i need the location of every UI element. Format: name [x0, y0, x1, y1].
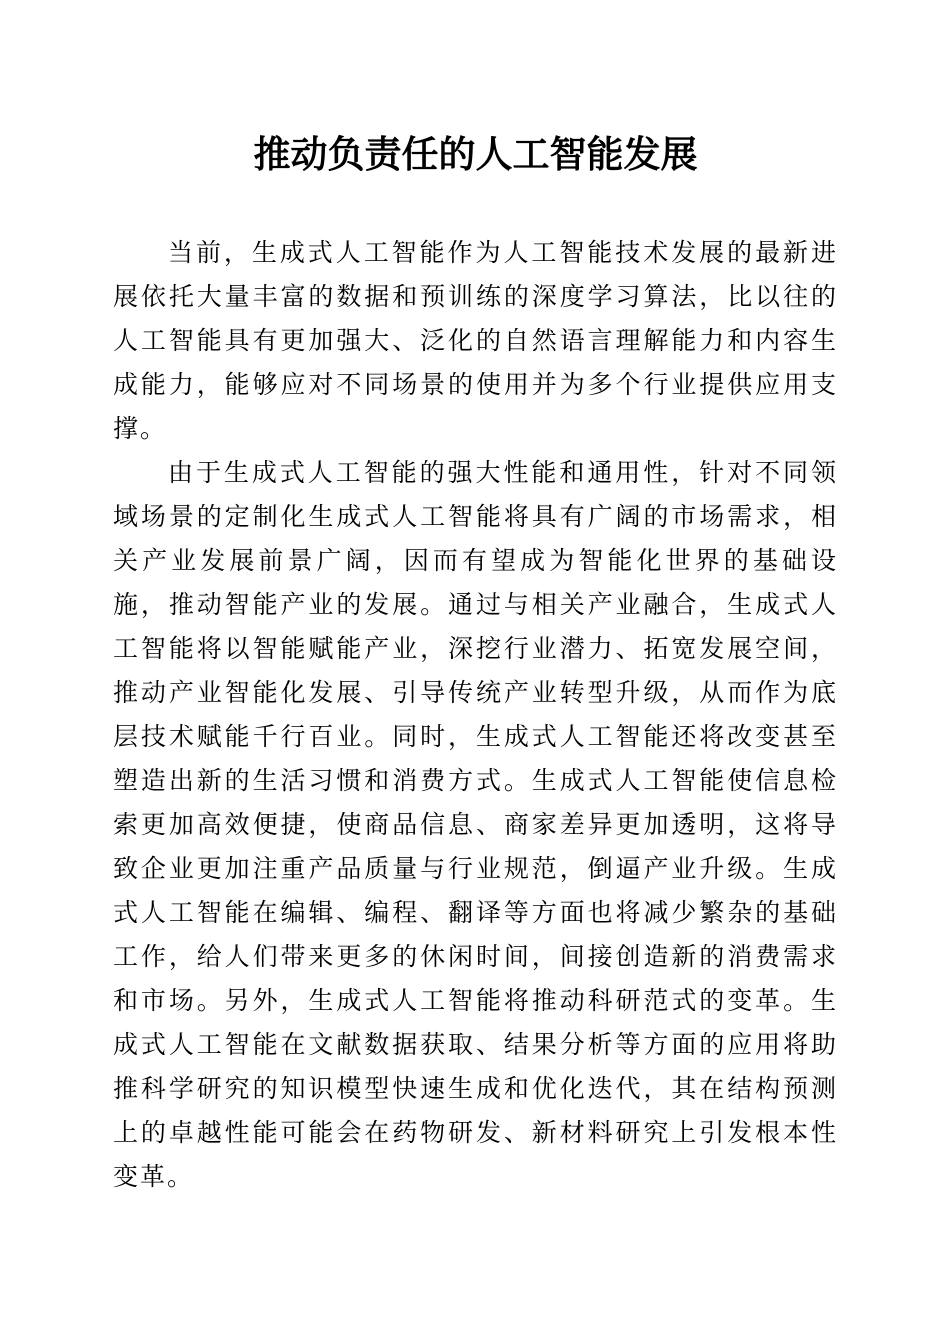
paragraph-2: 由于生成式人工智能的强大性能和通用性，针对不同领域场景的定制化生成式人工智能将具… [113, 452, 838, 1200]
document-page: 推动负责任的人工智能发展 当前，生成式人工智能作为人工智能技术发展的最新进展依托… [0, 0, 950, 1344]
paragraph-1: 当前，生成式人工智能作为人工智能技术发展的最新进展依托大量丰富的数据和预训练的深… [113, 232, 838, 452]
document-title: 推动负责任的人工智能发展 [113, 132, 838, 180]
